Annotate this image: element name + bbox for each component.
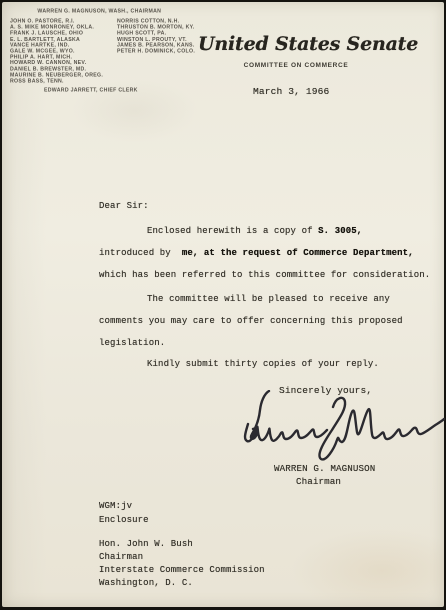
handwritten-signature-warren-g-magnuson bbox=[224, 390, 446, 474]
body-line: Enclosed herewith is a copy of S. 3005, bbox=[99, 226, 362, 236]
inserted-requester: me, at the request of Commerce Departmen… bbox=[176, 248, 413, 258]
committee-name: COMMITTEE ON COMMERCE bbox=[198, 62, 394, 69]
senator-name: WINSTON L. PROUTY, VT. bbox=[117, 36, 195, 42]
body-line: which has been referred to this committe… bbox=[99, 270, 430, 280]
recipient-organization: Interstate Commerce Commission bbox=[99, 565, 265, 575]
date-line: March 3, 1966 bbox=[253, 86, 329, 97]
recipient-city: Washington, D. C. bbox=[99, 578, 193, 588]
body-line: legislation. bbox=[99, 338, 165, 348]
body-line: introduced by me, at the request of Comm… bbox=[99, 248, 414, 258]
recipient-name: Hon. John W. Bush bbox=[99, 539, 193, 549]
senate-title: United States Senate bbox=[198, 33, 394, 55]
body-text: introduced by bbox=[99, 248, 176, 258]
scanned-letter: WARREN G. MAGNUSON, WASH., CHAIRMAN JOHN… bbox=[0, 0, 446, 610]
body-line: The committee will be pleased to receive… bbox=[99, 294, 390, 304]
body-line: Kindly submit thirty copies of your repl… bbox=[99, 359, 379, 369]
chairman-line: WARREN G. MAGNUSON, WASH., CHAIRMAN bbox=[7, 8, 192, 14]
recipient-title: Chairman bbox=[99, 552, 143, 562]
body-text: Enclosed herewith is a copy of bbox=[147, 226, 318, 236]
salutation: Dear Sir: bbox=[99, 201, 149, 211]
senators-left-column: JOHN O. PASTORE, R.I.A. S. MIKE MONRONEY… bbox=[10, 18, 103, 84]
reference-initials: WGM:jv bbox=[99, 501, 132, 511]
typed-signer-title: Chairman bbox=[296, 476, 341, 487]
body-line: comments you may care to offer concernin… bbox=[99, 316, 403, 326]
letter-paper: WARREN G. MAGNUSON, WASH., CHAIRMAN JOHN… bbox=[2, 2, 444, 607]
enclosure-note: Enclosure bbox=[99, 515, 149, 525]
chief-clerk-line: EDWARD JARRETT, CHIEF CLERK bbox=[44, 87, 138, 93]
typed-signer-name: WARREN G. MAGNUSON bbox=[274, 463, 375, 474]
inserted-bill-number: S. 3005, bbox=[318, 226, 362, 236]
senator-name: PETER H. DOMINICK, COLO. bbox=[117, 48, 195, 54]
senators-right-column: NORRIS COTTON, N.H.THRUSTON B. MORTON, K… bbox=[117, 18, 195, 54]
senator-name: ROSS BASS, TENN. bbox=[10, 78, 103, 84]
